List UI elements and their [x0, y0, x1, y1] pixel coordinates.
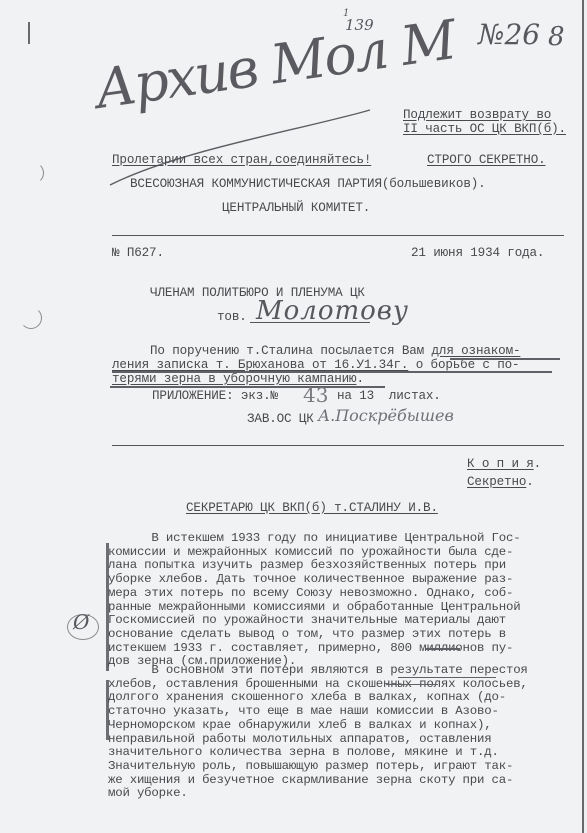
committee-name: ЦЕНТРАЛЬНЫЙ КОМИТЕТ.: [222, 201, 370, 216]
body-line: хлебов, оставления брошенными на скошенн…: [108, 678, 578, 692]
strike-through-fields: [386, 684, 438, 685]
header-divider: [112, 235, 564, 236]
pen-underline-1: [450, 358, 560, 360]
cover-line-2a: ления записка т. Брюханова от 16.У1.34г.: [112, 358, 408, 372]
body-line: мой уборке.: [108, 787, 578, 801]
pen-underline-800: [426, 648, 460, 650]
cover-line-1: По поручению т.Сталина посылается Вам дл…: [150, 344, 520, 359]
signature-handwritten: А.Поскрёбышев: [318, 406, 454, 425]
appendix-label: ПРИЛОЖЕНИЕ: экз.№: [152, 389, 278, 404]
secret-label-dot: .: [526, 475, 533, 489]
body-line: Значительную роль, повышающую размер пот…: [108, 760, 578, 774]
document-page: 1 139 №26 8 Архив Мол М Подлежит возврат…: [0, 0, 584, 833]
appendix-rest: на 13 листах.: [337, 389, 441, 404]
copy-label-text: К о п и я: [467, 457, 534, 471]
body-line: лана попытка изучить размер безхозяйстве…: [108, 559, 578, 573]
secret-label-text: Секретно: [467, 475, 526, 489]
cover-line-1b: для ознаком-: [432, 344, 521, 358]
left-hole-mark: [28, 22, 30, 44]
cover-tov: тов.: [217, 310, 247, 325]
letter-addressee: СЕКРЕТАРЮ ЦК ВКП(б) т.СТАЛИНУ И.В.: [186, 501, 438, 516]
body-line: В истекшем 1933 году по инициативе Центр…: [108, 532, 578, 546]
pen-underline-result: [398, 677, 496, 678]
document-number-handwritten: №26: [478, 18, 540, 51]
secret-label: Секретно.: [467, 475, 534, 490]
body-line: основание сделать вывод о том, что разме…: [108, 628, 578, 642]
return-notice-line2: II часть ОС ЦК ВКП(б).: [403, 122, 566, 137]
slogan: Пролетарии всех стран,соединяйтесь!: [112, 153, 371, 168]
recipient-underline: [250, 322, 370, 323]
margin-mark: Ø: [73, 610, 89, 634]
body-line: ранные межрайонными комиссиями и обработ…: [108, 601, 578, 615]
appendix-copy-number: 43: [303, 383, 328, 407]
sheet-number-handwritten: 8: [548, 22, 565, 52]
return-notice-line1: Подлежит возврату во: [403, 108, 551, 123]
head-label: ЗАВ.ОС ЦК: [247, 412, 314, 427]
paragraph-1: В истекшем 1933 году по инициативе Центр…: [108, 532, 578, 669]
copy-label: К о п и я.: [467, 457, 541, 472]
copy-label-dot: .: [534, 457, 541, 471]
cover-line-3b: .: [356, 372, 363, 386]
body-line: Госкомиссией по урожайности значительные…: [108, 614, 578, 628]
body-line: Черноморском крае обнаружили хлеб в валк…: [108, 719, 578, 733]
paragraph-2: В основном эти потери являются в результ…: [108, 664, 578, 801]
punch-hole-2: [20, 307, 42, 329]
classification-stamp: СТРОГО СЕКРЕТНО.: [427, 153, 546, 168]
body-line: уборке хлебов. Дать точное количественно…: [108, 573, 578, 587]
punch-hole-1: [22, 162, 44, 184]
cover-divider: [112, 445, 564, 446]
body-line: истекшем 1933 г. составляет, примерно, 8…: [108, 642, 578, 656]
archive-note-stroke: [100, 90, 380, 190]
body-line: статочно указать, что еще в мае наши ком…: [108, 705, 578, 719]
pen-underline-2: [112, 371, 552, 373]
body-line: значительного количества зерна в полове,…: [108, 746, 578, 760]
pen-underline-3: [110, 386, 385, 388]
body-line: В основном эти потери являются в результ…: [108, 664, 578, 678]
body-line: комиссии и межрайонных комиссий по урожа…: [108, 546, 578, 560]
body-line: же хищения и безучетное скармливание зер…: [108, 774, 578, 788]
document-number: № П627.: [112, 246, 164, 261]
body-line: неправильной работы молотильных аппарато…: [108, 733, 578, 747]
document-date: 21 июня 1934 года.: [411, 246, 544, 261]
cover-line-2b: о борьбе с по-: [408, 358, 519, 372]
body-line: мера этих потерь по всему Союзу невозмож…: [108, 587, 578, 601]
party-name: ВСЕСОЮЗНАЯ КОММУНИСТИЧЕСКАЯ ПАРТИЯ(больш…: [130, 177, 486, 192]
body-line: долгого хранения скошенного хлеба в валк…: [108, 691, 578, 705]
cover-line-1a: По поручению т.Сталина посылается Вам: [150, 344, 432, 358]
